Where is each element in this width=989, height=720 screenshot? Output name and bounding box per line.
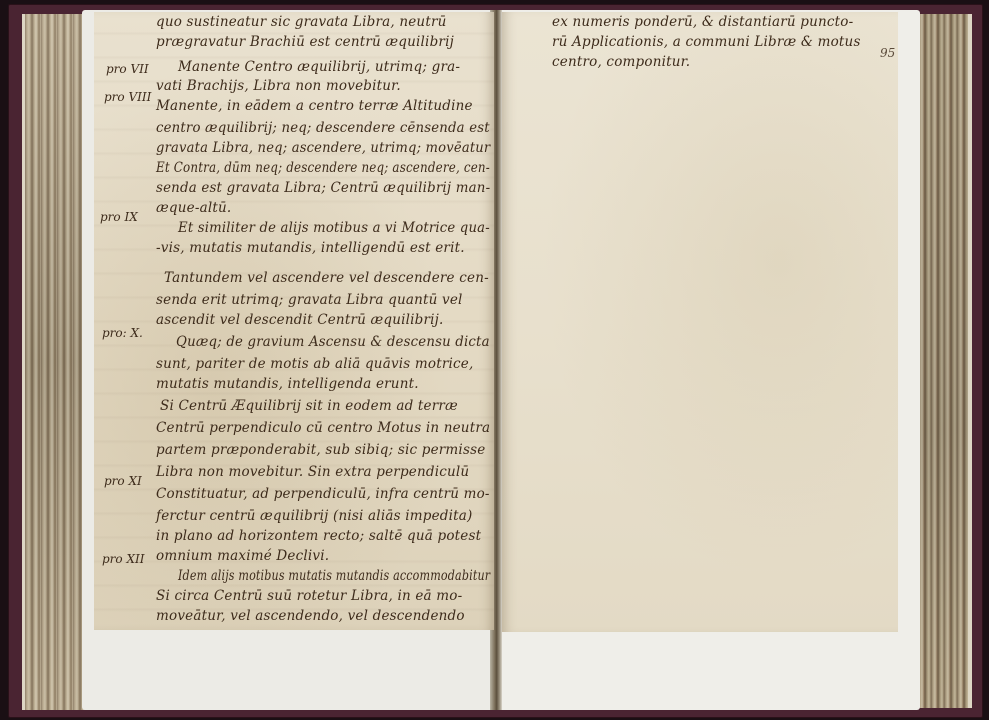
manuscript-line: -vis, mutatis mutandis, intelligendū est… [156, 240, 465, 256]
manuscript-line: senda erit utrimq; gravata Libra quantū … [156, 292, 463, 308]
manuscript-line: mutatis mutandis, intelligenda erunt. [156, 376, 419, 392]
manuscript-line: centro æquilibrij; neq; descendere cēnse… [156, 120, 490, 136]
manuscript-line: ex numeris ponderū, & distantiarū puncto… [552, 14, 853, 30]
manuscript-line: Manente, in eādem a centro terræ Altitud… [156, 98, 473, 114]
margin-note: pro VII [106, 62, 149, 76]
manuscript-line: partem præponderabit, sub sibiq; sic per… [156, 442, 485, 458]
manuscript-line: sunt, pariter de motis ab aliā quāvis mo… [156, 356, 473, 372]
manuscript-line: Et similiter de alijs motibus a vi Motri… [178, 220, 490, 236]
left-page-edges [22, 14, 89, 710]
manuscript-line: Manente Centro æquilibrij, utrimq; gra- [178, 59, 460, 75]
margin-note: pro XII [102, 552, 144, 566]
manuscript-line: Si circa Centrū suū rotetur Libra, in eā… [156, 588, 462, 604]
margin-note: pro IX [100, 210, 138, 224]
manuscript-line: omnium maximé Declivi. [156, 548, 329, 564]
margin-note: pro VIII [104, 90, 151, 104]
manuscript-line: ascendit vel descendit Centrū æquilibrij… [156, 312, 444, 328]
left-manuscript-page: pro VII pro VIII pro IX pro: X. pro XI p… [94, 12, 494, 630]
manuscript-line: Si Centrū Æquilibrij sit in eodem ad ter… [160, 398, 458, 414]
folio-number: 95 [880, 46, 895, 60]
manuscript-line: moveātur, vel ascendendo, vel descendend… [156, 608, 465, 624]
manuscript-line: æque-altū. [156, 200, 231, 216]
margin-note: pro: X. [102, 326, 143, 340]
manuscript-line: Constituatur, ad perpendiculū, infra cen… [156, 486, 490, 502]
right-manuscript-page: ex numeris ponderū, & distantiarū puncto… [502, 12, 898, 632]
manuscript-line: rū Applicationis, a communi Libræ & motu… [552, 34, 861, 50]
manuscript-line: vati Brachijs, Libra non movebitur. [156, 78, 401, 94]
manuscript-line: Et Contra, dūm neq; descendere neq; asce… [156, 160, 490, 176]
manuscript-line: prægravatur Brachiū est centrū æquilibri… [156, 34, 454, 50]
margin-note: pro XI [104, 474, 142, 488]
manuscript-line: quo sustineatur sic gravata Libra, neutr… [156, 14, 447, 30]
manuscript-line: senda est gravata Libra; Centrū æquilibr… [156, 180, 490, 196]
manuscript-line: centro, componitur. [552, 54, 690, 70]
manuscript-line: Libra non movebitur. Sin extra perpendic… [156, 464, 469, 480]
manuscript-line: Idem alijs motibus mutatis mutandis acco… [178, 568, 490, 584]
manuscript-line: Tantundem vel ascendere vel descendere c… [164, 270, 489, 286]
manuscript-line: in plano ad horizontem recto; saltē quā … [156, 528, 481, 544]
right-page-edges [918, 14, 972, 708]
manuscript-line: gravata Libra, neq; ascendere, utrimq; m… [156, 140, 490, 156]
manuscript-line: Quæq; de gravium Ascensu & descensu dict… [176, 334, 490, 350]
manuscript-line: ferctur centrū æquilibrij (nisi aliās im… [156, 508, 472, 524]
manuscript-line: Centrū perpendiculo cū centro Motus in n… [156, 420, 490, 436]
